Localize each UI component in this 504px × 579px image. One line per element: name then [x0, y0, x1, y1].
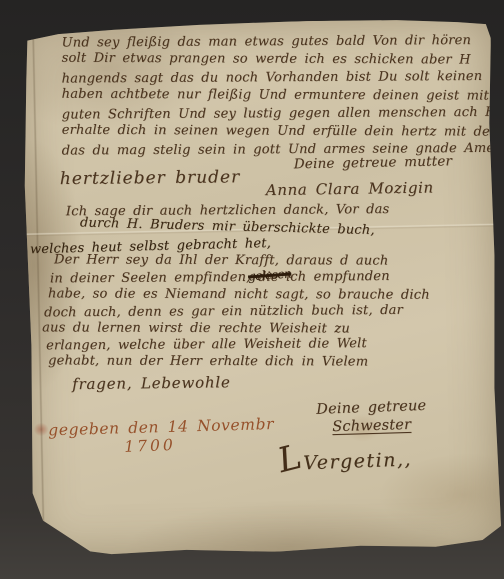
- sister-signature: LVergetin,,: [278, 439, 413, 475]
- handwriting-line: solt Dir etwas prangen so werde ich es s…: [62, 50, 504, 70]
- handwriting-line: in deiner Seelen empfinden, die ich empf…: [50, 269, 430, 288]
- handwriting-line: haben achtbete nur fleißig Und ermuntere…: [62, 86, 504, 106]
- mother-closing: Deine getreue mutter: [294, 153, 453, 172]
- signature-flourish: L: [275, 442, 304, 477]
- body-paragraph-1: Und sey fleißig das man etwas gutes bald…: [62, 32, 504, 159]
- signature-name: Vergetin,,: [303, 448, 412, 474]
- handwriting-line: habe, so die es Niemand nicht sagt, so b…: [48, 286, 430, 304]
- letter-content: Und sey fleißig das man etwas gutes bald…: [26, 22, 497, 553]
- handwriting-line: doch auch, denn es gar ein nützlich buch…: [44, 302, 430, 321]
- photo-background: Und sey fleißig das man etwas gutes bald…: [0, 0, 504, 579]
- letter-paper: Und sey fleißig das man etwas gutes bald…: [21, 17, 502, 557]
- handwriting-line: erhalte dich in seinen wegen Und erfülle…: [62, 122, 504, 142]
- handwriting-line: gehabt, nun der Herr erhalte dich in Vie…: [48, 354, 430, 372]
- closing-line-underlined: Schwester: [332, 416, 427, 435]
- mother-signature: Anna Clara Mozigin: [266, 179, 434, 200]
- body-paragraph-2: Ich sage dir auch hertzlichen danck, Vor…: [26, 203, 430, 372]
- sister-closing: Deine getreue Schwester: [298, 400, 426, 434]
- closing-line: Deine getreue: [316, 398, 427, 418]
- farewell-line: fragen, Lebewohle: [72, 373, 231, 393]
- date-block: gegeben den 14 Novembr 1700: [48, 418, 274, 453]
- salutation: hertzlieber bruder: [60, 167, 241, 189]
